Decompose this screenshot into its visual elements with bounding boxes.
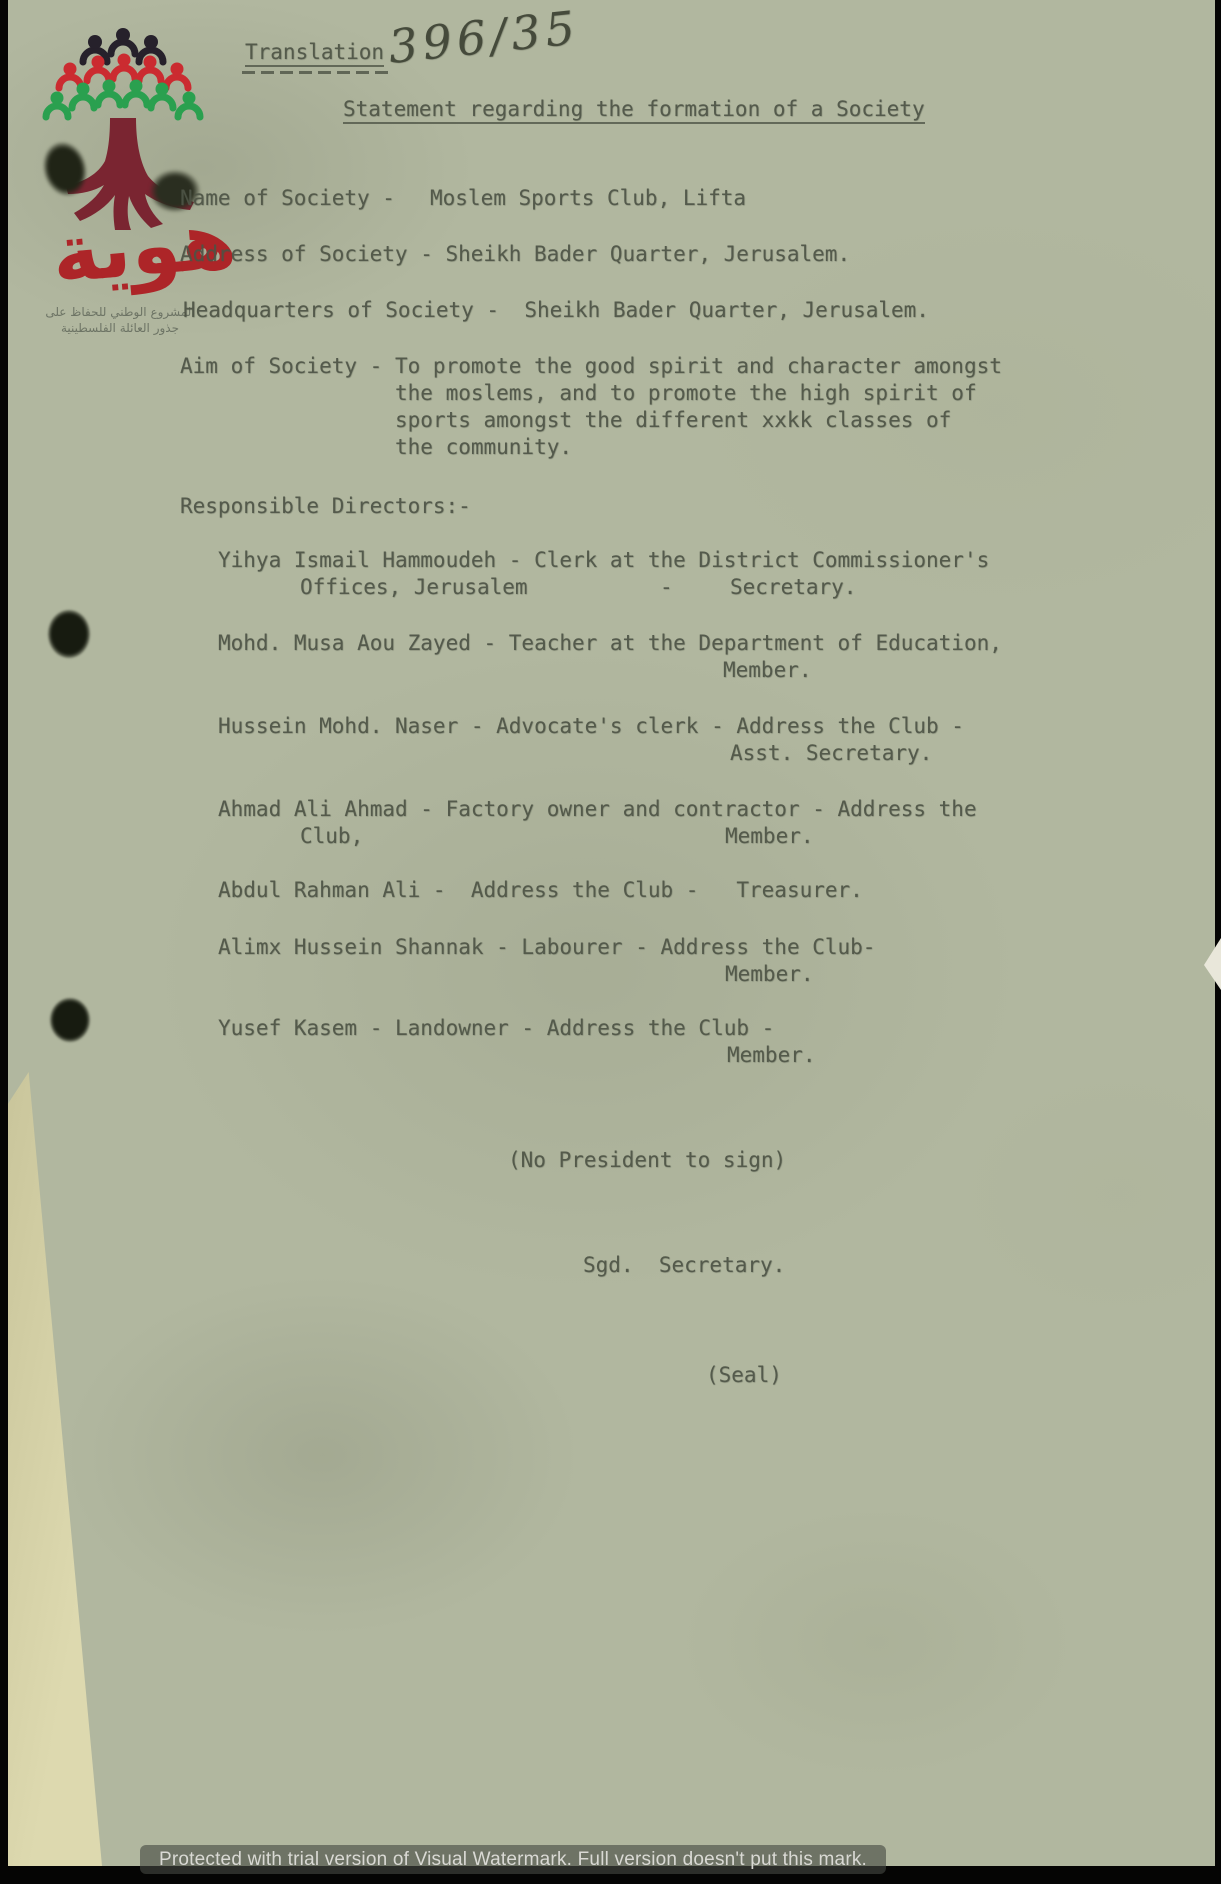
- director-2-role: Member.: [723, 658, 812, 682]
- signed-line: Sgd. Secretary.: [583, 1253, 785, 1277]
- punch-hole: [48, 610, 90, 658]
- punch-hole: [50, 998, 90, 1042]
- no-president-note: (No President to sign): [508, 1148, 786, 1172]
- director-1-line2a: Offices, Jerusalem: [300, 575, 528, 599]
- field-name-value: Moslem Sports Club, Lifta: [430, 186, 746, 210]
- director-4-line1: Ahmad Ali Ahmad - Factory owner and cont…: [218, 797, 977, 821]
- director-1-line1: Yihya Ismail Hammoudeh - Clerk at the Di…: [218, 548, 989, 572]
- director-4-role: Member.: [725, 824, 814, 848]
- logo-tagline-line2: جذور العائلة الفلسطينية: [38, 321, 202, 335]
- field-headquarters-line: Headquarters of Society - Sheikh Bader Q…: [183, 298, 929, 322]
- aim-line-3: sports amongst the different xxkk classe…: [395, 408, 951, 432]
- translation-label: Translation: [245, 40, 384, 67]
- scanned-document-page: هوية المشروع الوطني للحفاظ على جذور العا…: [0, 0, 1221, 1884]
- directors-heading: Responsible Directors:-: [180, 494, 471, 518]
- director-3-role: Asst. Secretary.: [730, 741, 932, 765]
- director-2-line1: Mohd. Musa Aou Zayed - Teacher at the De…: [218, 631, 1002, 655]
- aim-line-2: the moslems, and to promote the high spi…: [395, 381, 977, 405]
- aim-line-1: To promote the good spirit and character…: [395, 354, 1002, 378]
- watermark-bar: Protected with trial version of Visual W…: [140, 1845, 886, 1874]
- seal-note: (Seal): [706, 1363, 782, 1387]
- director-6-line1: Alimx Hussein Shannak - Labourer - Addre…: [218, 935, 875, 959]
- field-name-label: Name of Society -: [180, 186, 395, 210]
- dashed-underline: [242, 71, 394, 74]
- director-5-line1: Abdul Rahman Ali - Address the Club - Tr…: [218, 878, 863, 902]
- field-aim-label: Aim of Society -: [180, 354, 382, 378]
- director-6-role: Member.: [725, 962, 814, 986]
- director-7-line1: Yusef Kasem - Landowner - Address the Cl…: [218, 1016, 774, 1040]
- director-3-line1: Hussein Mohd. Naser - Advocate's clerk -…: [218, 714, 964, 738]
- logo-tagline-line1: المشروع الوطني للحفاظ على: [38, 305, 202, 319]
- aim-line-4: the community.: [395, 435, 572, 459]
- director-1-role: Secretary.: [730, 575, 856, 599]
- watermark-text: Protected with trial version of Visual W…: [159, 1849, 867, 1871]
- director-7-role: Member.: [727, 1043, 816, 1067]
- director-4-line2a: Club,: [300, 824, 363, 848]
- director-1-line2b: -: [660, 575, 673, 599]
- document-title: Statement regarding the formation of a S…: [343, 97, 925, 124]
- field-address-line: Address of Society - Sheikh Bader Quarte…: [180, 242, 850, 266]
